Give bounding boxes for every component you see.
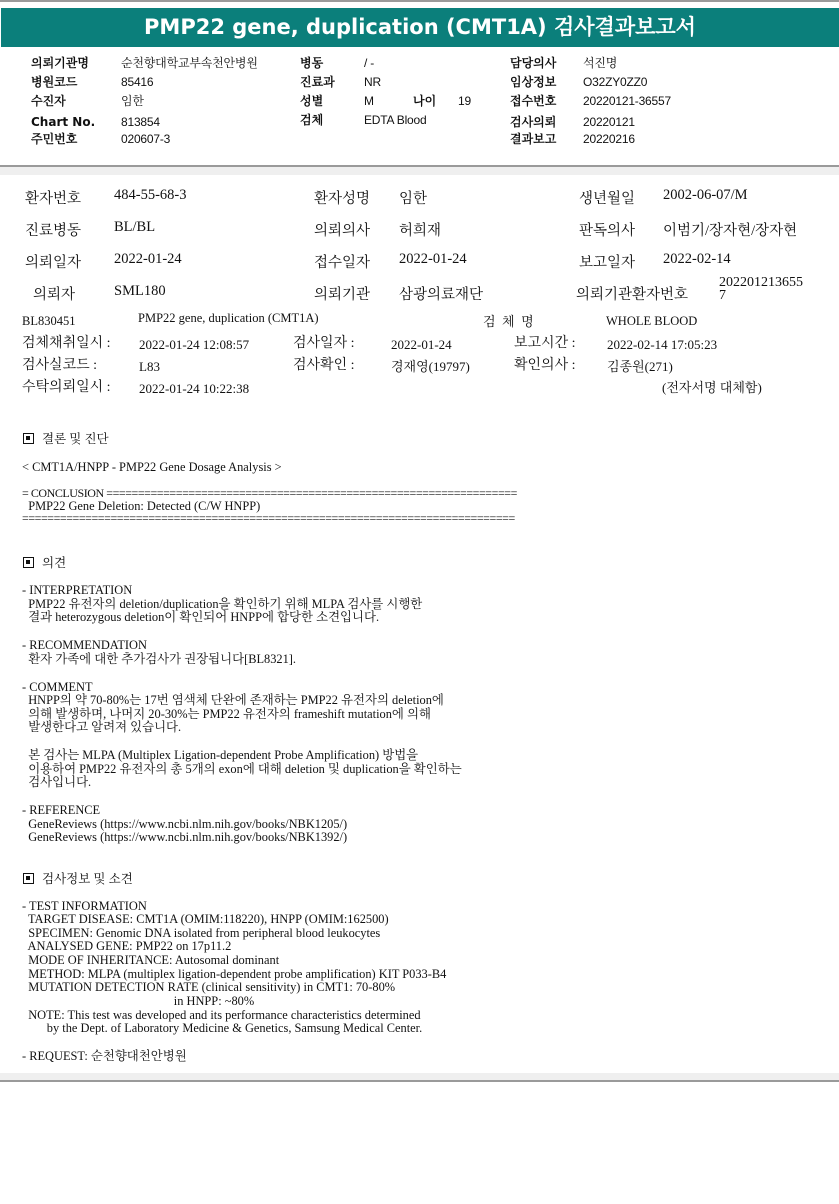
value-department: NR <box>364 73 381 92</box>
reference-link[interactable]: GeneReviews (https://www.ncbi.nlm.nih.go… <box>22 831 347 845</box>
comment-line: 검사입니다. <box>22 776 91 790</box>
label-ward: 병동 <box>300 54 323 73</box>
label-reading-doctor: 판독의사 <box>579 219 635 240</box>
value-requesting-institution: 순천향대학교부속천안병원 <box>121 54 258 73</box>
comment-line: HNPP의 약 70-80%는 17번 염색체 단완에 존재하는 PMP22 유… <box>22 694 444 708</box>
square-bullet-icon <box>23 557 34 568</box>
value-consign-time: 2022-01-24 10:22:38 <box>139 382 249 396</box>
value-ward: / - <box>364 54 374 73</box>
label-accession-number: 접수번호 <box>510 92 556 111</box>
conclusion-foot: ========================================… <box>22 513 515 524</box>
esign-note: (전자서명 대체함) <box>662 381 762 395</box>
strip-top <box>0 167 839 175</box>
value-resident-number: 020607-3 <box>121 130 170 149</box>
footer-separator <box>0 1080 839 1082</box>
value-attending-doctor: 석진명 <box>583 54 617 73</box>
conclusion-head: = CONCLUSION ===========================… <box>22 488 517 499</box>
test-info-line: in HNPP: ~80% <box>22 995 254 1009</box>
label-specimen: 검체 <box>300 111 323 130</box>
label-report-time: 보고시간 : <box>514 337 576 351</box>
value-ward-dept: BL/BL <box>114 219 155 236</box>
comment-line: 발생한다고 알려져 있습니다. <box>22 721 181 735</box>
label-test-confirm: 검사확인 : <box>293 359 355 373</box>
analysis-title: < CMT1A/HNPP - PMP22 Gene Dosage Analysi… <box>22 461 282 475</box>
label-report-date: 보고일자 <box>579 251 635 272</box>
value-patient-number: 484-55-68-3 <box>114 187 187 204</box>
value-ordering-doctor: 허희재 <box>399 219 441 240</box>
label-lab-code: 검사실코드 : <box>22 359 97 373</box>
test-info-line: MODE OF INHERITANCE: Autosomal dominant <box>22 954 279 968</box>
label-ordering-doctor: 의뢰의사 <box>314 219 370 240</box>
label-request-date: 의뢰일자 <box>25 251 81 272</box>
label-requester: 의뢰자 <box>33 283 75 304</box>
label-result-report: 결과보고 <box>510 130 556 149</box>
label-patient-name: 환자성명 <box>314 187 370 208</box>
top-border <box>0 0 839 2</box>
opinion-heading: 의견 <box>23 557 66 571</box>
value-org-patient-number: 202201213655 <box>719 276 803 289</box>
label-confirm-doctor: 확인의사 : <box>514 359 576 373</box>
comment-line: 본 검사는 MLPA (Multiplex Ligation-dependent… <box>22 749 418 763</box>
conclusion-heading: 결론 및 진단 <box>23 433 109 447</box>
label-test-date: 검사일자 : <box>293 337 355 351</box>
test-info-line: by the Dept. of Laboratory Medicine & Ge… <box>22 1022 422 1036</box>
recommendation-head: - RECOMMENDATION <box>22 639 147 653</box>
value-birthdate: 2002-06-07/M <box>663 187 748 204</box>
interpretation-head: - INTERPRETATION <box>22 584 132 598</box>
label-collection-time: 검체채취일시 : <box>22 337 111 351</box>
value-org-patient-number-cont: 7 <box>719 289 726 302</box>
label-sex: 성별 <box>300 92 323 111</box>
label-patient: 수진자 <box>31 92 66 111</box>
value-result-report: 20220216 <box>583 130 635 149</box>
label-receipt-date: 접수일자 <box>314 251 370 272</box>
test-name: PMP22 gene, duplication (CMT1A) <box>138 312 319 326</box>
test-info-line: MUTATION DETECTION RATE (clinical sensit… <box>22 981 395 995</box>
label-requesting-org: 의뢰기관 <box>314 283 370 304</box>
value-specimen-name: WHOLE BLOOD <box>606 315 697 329</box>
reference-head: - REFERENCE <box>22 804 100 818</box>
value-clinical-info: O32ZY0ZZ0 <box>583 73 647 92</box>
label-age: 나이 <box>413 92 436 111</box>
value-specimen: EDTA Blood <box>364 111 426 130</box>
value-test-date: 2022-01-24 <box>391 338 452 352</box>
label-org-patient-number: 의뢰기관환자번호 <box>576 283 688 304</box>
strip-bottom <box>0 1073 839 1080</box>
label-consign-time: 수탁의뢰일시 : <box>22 381 111 395</box>
value-report-date: 2022-02-14 <box>663 251 731 268</box>
label-specimen-name: 검 체 명 <box>483 315 534 329</box>
test-info-heading: 검사정보 및 소견 <box>23 873 133 887</box>
value-reading-doctor: 이범기/장자현/장자현 <box>663 219 797 240</box>
square-bullet-icon <box>23 873 34 884</box>
request-line: - REQUEST: 순천향대천안병원 <box>22 1050 187 1064</box>
value-requesting-org: 삼광의료재단 <box>399 283 483 304</box>
value-requester: SML180 <box>114 283 166 300</box>
value-patient-name: 임한 <box>399 187 427 208</box>
label-hospital-code: 병원코드 <box>31 73 77 92</box>
value-age: 19 <box>458 92 471 111</box>
test-code: BL830451 <box>22 315 75 329</box>
interpretation-line: 결과 heterozygous deletion이 확인되어 HNPP에 합당한… <box>22 611 379 625</box>
label-resident-number: 주민번호 <box>31 130 77 149</box>
value-confirm-doctor: 김종원(271) <box>607 360 673 374</box>
report-title: PMP22 gene, duplication (CMT1A) 검사결과보고서 <box>1 8 839 47</box>
value-report-time: 2022-02-14 17:05:23 <box>607 338 717 352</box>
test-info-line: ANALYSED GENE: PMP22 on 17p11.2 <box>22 940 231 954</box>
value-patient: 임한 <box>121 92 144 111</box>
label-department: 진료과 <box>300 73 335 92</box>
label-patient-number: 환자번호 <box>25 187 81 208</box>
value-hospital-code: 85416 <box>121 73 153 92</box>
label-requesting-institution: 의뢰기관명 <box>31 54 89 73</box>
value-accession-number: 20220121-36557 <box>583 92 671 111</box>
label-attending-doctor: 담당의사 <box>510 54 556 73</box>
label-ward-dept: 진료병동 <box>25 219 81 240</box>
label-clinical-info: 임상정보 <box>510 73 556 92</box>
value-request-date: 2022-01-24 <box>114 251 182 268</box>
square-bullet-icon <box>23 433 34 444</box>
label-birthdate: 생년월일 <box>579 187 635 208</box>
value-sex: M <box>364 92 374 111</box>
test-info-line: TARGET DISEASE: CMT1A (OMIM:118220), HNP… <box>22 913 389 927</box>
value-lab-code: L83 <box>139 360 160 374</box>
recommendation-line: 환자 가족에 대한 추가검사가 권장됩니다[BL8321]. <box>22 653 296 667</box>
value-test-confirm: 경재영(19797) <box>391 360 470 374</box>
value-collection-time: 2022-01-24 12:08:57 <box>139 338 249 352</box>
value-receipt-date: 2022-01-24 <box>399 251 467 268</box>
